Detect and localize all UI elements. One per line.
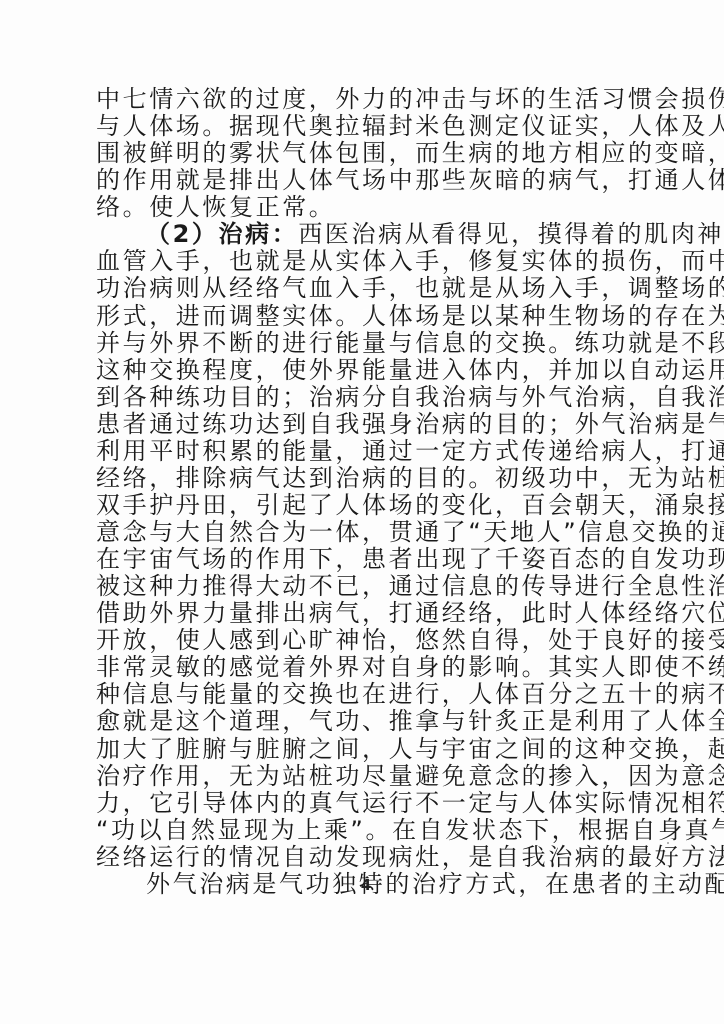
text-line: 意念与大自然合为一体，贯通了“天地人”信息交换的通路，: [96, 519, 642, 546]
text-line: 与人体场。据现代奥拉辐封米色测定仪证实，人体及人体周: [96, 113, 642, 140]
text-line: 并与外界不断的进行能量与信息的交换。练功就是不段扩大: [96, 330, 642, 357]
text-line: “功以自然显现为上乘”。在自发状态下，根据自身真气在: [96, 817, 642, 844]
text-line: 加大了脏腑与脏腑之间，人与宇宙之间的这种交换，起到了: [96, 736, 642, 763]
text-line: 开放，使人感到心旷神怡，悠然自得，处于良好的接受状态，: [96, 627, 642, 654]
text-line: 中七情六欲的过度，外力的冲击与坏的生活习惯会损伤人体: [96, 86, 642, 113]
text-line: 患者通过练功达到自我强身治病的目的；外气治病是气功师: [96, 411, 642, 438]
text-line: 到各种练功目的；治病分自我治病与外气治病，自我治病是: [96, 384, 642, 411]
text-line: 血管入手，也就是从实体入手，修复实体的损伤，而中医气: [96, 248, 642, 275]
text-line: 在宇宙气场的作用下，患者出现了千姿百态的自发功现象，: [96, 546, 642, 573]
text-line: 利用平时积累的能量，通过一定方式传递给病人，打通患者: [96, 438, 642, 465]
text-line: 力，它引导体内的真气运行不一定与人体实际情况相符合。: [96, 790, 642, 817]
page-number: 4: [356, 876, 376, 894]
text-line: 形式，进而调整实体。人体场是以某种生物场的存在为形式，: [96, 303, 642, 330]
body-text: 中七情六欲的过度，外力的冲击与坏的生活习惯会损伤人体 与人体场。据现代奥拉辐封米…: [96, 86, 642, 898]
text-line: 借助外界力量排出病气，打通经络，此时人体经络穴位初步: [96, 600, 642, 627]
text-line: 这种交换程度，使外界能量进入体内，并加以自动运用，达: [96, 357, 642, 384]
text-line: 功治病则从经络气血入手，也就是从场入手，调整场的存在: [96, 275, 642, 302]
scan-speck: [667, 842, 669, 844]
text-line: 非常灵敏的感觉着外界对自身的影响。其实人即使不练功这: [96, 654, 642, 681]
text-line: 经络，排除病气达到治病的目的。初级功中，无为站桩功以: [96, 465, 642, 492]
text-line: 经络运行的情况自动发现病灶，是自我治病的最好方法。: [96, 844, 642, 871]
text-line: 双手护丹田，引起了人体场的变化，百会朝天，涌泉接地，: [96, 492, 642, 519]
text-line: 的作用就是排出人体气场中那些灰暗的病气，打通人体经: [96, 167, 642, 194]
text-line: 治疗作用，无为站桩功尽量避免意念的掺入，因为意念是种: [96, 763, 642, 790]
section-heading: （2）治病：: [146, 220, 298, 248]
document-page: 中七情六欲的过度，外力的冲击与坏的生活习惯会损伤人体 与人体场。据现代奥拉辐封米…: [0, 0, 724, 1024]
scan-speck: [271, 580, 272, 581]
text-line: 被这种力推得大动不已，通过信息的传导进行全息性治疗，: [96, 573, 642, 600]
text-line: 种信息与能量的交换也在进行，人体百分之五十的病不治自: [96, 681, 642, 708]
text-line: 愈就是这个道理，气功、推拿与针炙正是利用了人体全息性，: [96, 708, 642, 735]
text-line: 络。使人恢复正常。: [96, 194, 642, 221]
text-line-content: 西医治病从看得见，摸得着的肌肉神经、: [298, 220, 724, 248]
text-line: 围被鲜明的雾状气体包围，而生病的地方相应的变暗，气功: [96, 140, 642, 167]
section-heading-line: （2）治病：西医治病从看得见，摸得着的肌肉神经、: [96, 221, 642, 248]
